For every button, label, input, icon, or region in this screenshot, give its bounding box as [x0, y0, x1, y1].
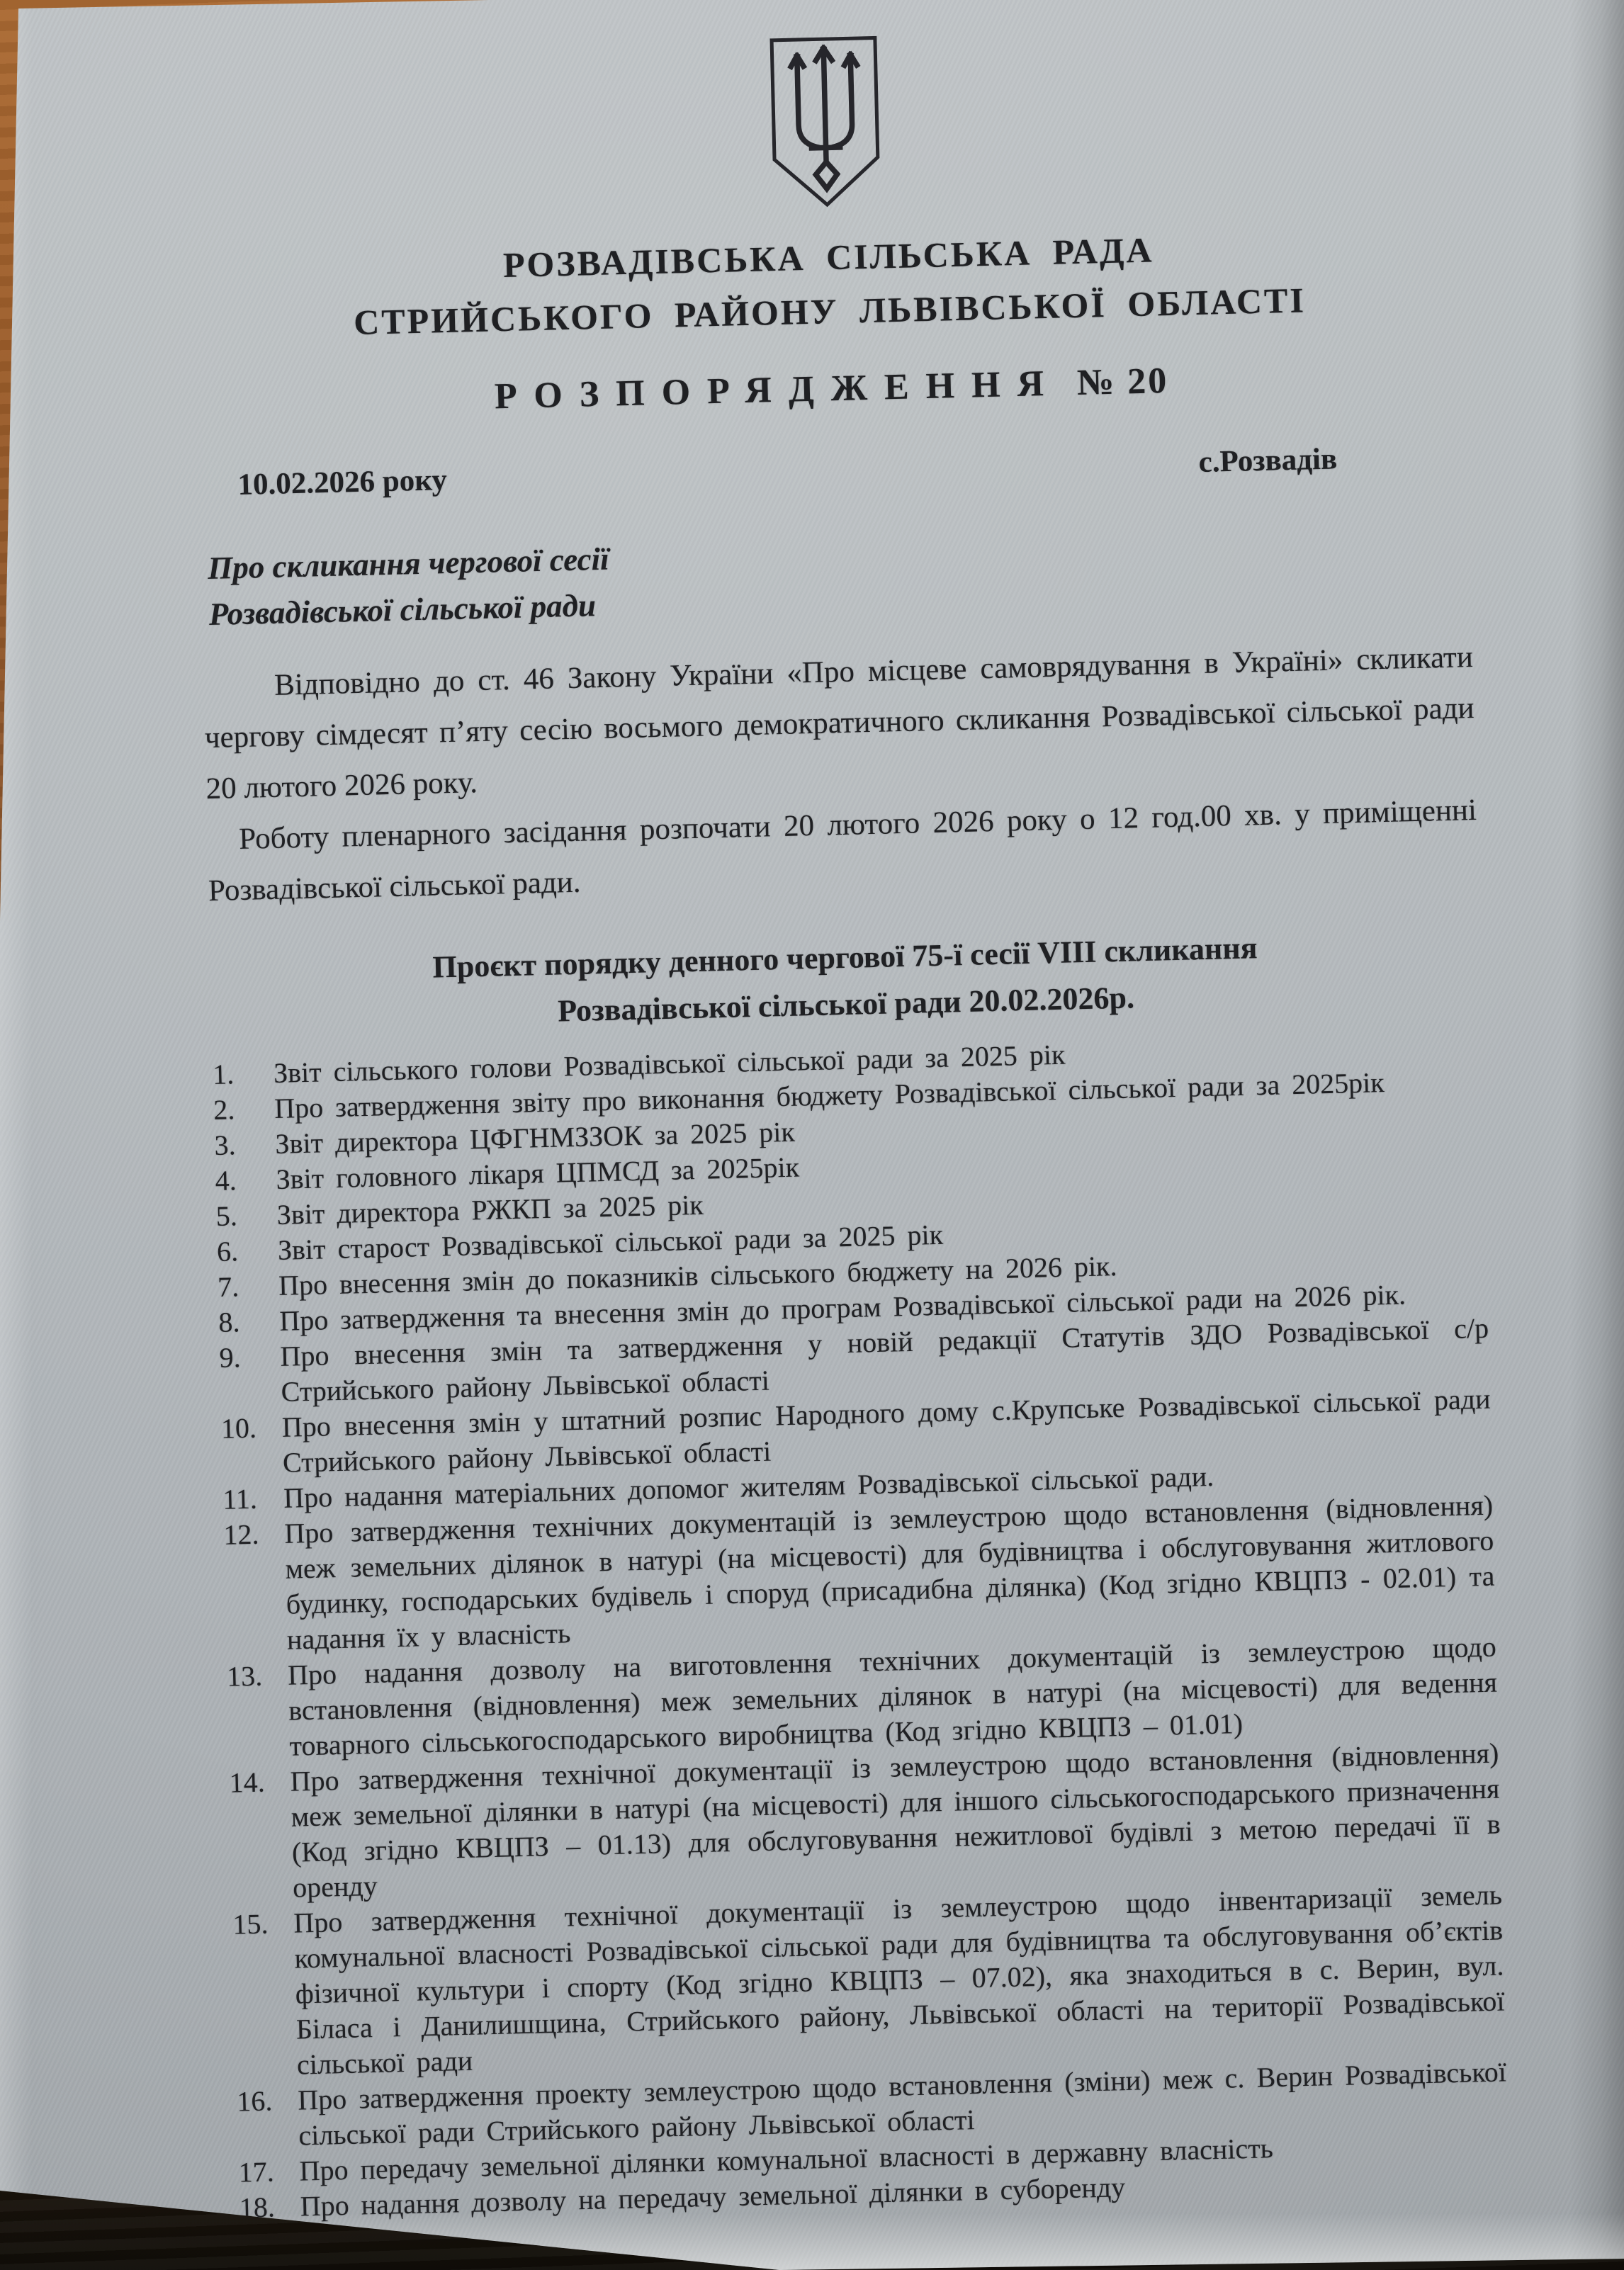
- agenda-item-text: Про затвердження технічної документації …: [293, 1877, 1506, 2082]
- document-number: № 20: [1076, 361, 1169, 403]
- coat-of-arms-ukraine-icon: [188, 18, 1462, 232]
- agenda-item-number: 17.: [238, 2154, 300, 2191]
- agenda-item-number: 9.: [219, 1339, 281, 1376]
- body-paragraph-1: Відповідно до ст. 46 Закону України «Про…: [203, 632, 1476, 815]
- agenda-heading: Проєкт порядку денного чергової 75-ї сес…: [210, 920, 1482, 1043]
- agenda-item-number: 1.: [213, 1056, 274, 1092]
- agenda-item-number: 8.: [218, 1304, 280, 1340]
- document-date: 10.02.2026 року: [237, 463, 447, 502]
- agenda-item-number: 7.: [218, 1268, 279, 1305]
- agenda-item-number: 18.: [239, 2189, 300, 2226]
- agenda-item-number: 11.: [222, 1481, 284, 1518]
- agenda-item-number: 6.: [216, 1233, 278, 1270]
- agenda-item-number: 16.: [237, 2083, 298, 2120]
- agenda-item-number: 5.: [215, 1197, 277, 1234]
- agenda-item-number: 14.: [229, 1764, 291, 1801]
- document-place: с.Розвадів: [1198, 441, 1338, 480]
- agenda-item-text: Про затвердження технічних документацій …: [284, 1488, 1496, 1658]
- agenda-item-number: 12.: [223, 1516, 285, 1553]
- agenda-item-number: 3.: [214, 1126, 276, 1163]
- document-title: РОЗПОРЯДЖЕННЯ № 20: [196, 353, 1467, 424]
- document-meta-row: 10.02.2026 року с.Розвадів: [198, 439, 1469, 503]
- agenda-list: 1. Звіт сільського голови Розвадівської …: [213, 1027, 1509, 2226]
- agenda-item-number: 4.: [215, 1162, 276, 1199]
- document-content: РОЗВАДІВСЬКА СІЛЬСЬКА РАДА СТРИЙСЬКОГО Р…: [0, 0, 1624, 2231]
- agenda-item-number: 15.: [232, 1906, 294, 1943]
- agenda-item-number: 2.: [213, 1091, 275, 1128]
- document-photo: РОЗВАДІВСЬКА СІЛЬСЬКА РАДА СТРИЙСЬКОГО Р…: [0, 0, 1624, 2270]
- agenda-item-number: 13.: [227, 1658, 288, 1695]
- paper-sheet: РОЗВАДІВСЬКА СІЛЬСЬКА РАДА СТРИЙСЬКОГО Р…: [0, 0, 1624, 2270]
- agenda-item: 15. Про затвердження технічної документа…: [232, 1877, 1506, 2084]
- document-subject: Про скликання чергової сесії Розвадівськ…: [208, 516, 1472, 638]
- document-type-label: РОЗПОРЯДЖЕННЯ: [494, 363, 1061, 417]
- agenda-item-text: Про затвердження технічної документації …: [290, 1736, 1501, 1906]
- agenda-item-number: 10.: [220, 1410, 282, 1447]
